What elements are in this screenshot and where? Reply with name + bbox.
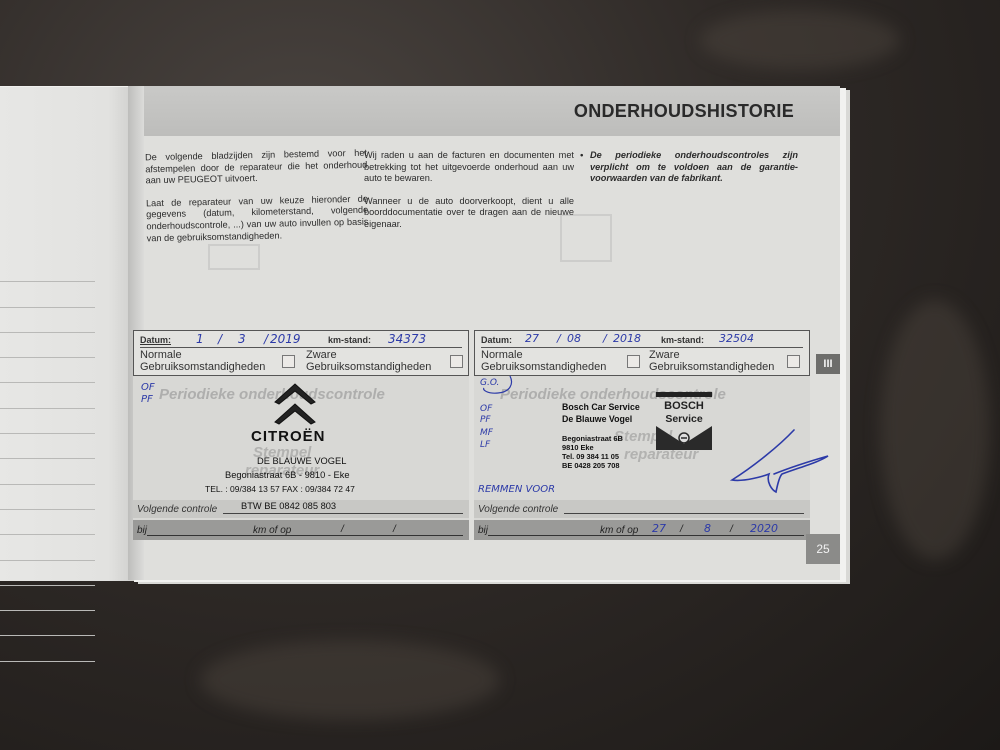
next-km-field[interactable]	[147, 535, 463, 536]
handwritten-circle-icon	[476, 374, 516, 396]
stamp-area: Periodieke onderhoudscontrole Stempel re…	[133, 376, 469, 540]
floor-texture	[200, 640, 500, 720]
next-km-row: bij km of op 27 / 8 / 2020	[474, 520, 810, 540]
bosch-service-logo: BOSCH Service	[656, 392, 712, 450]
next-date-day[interactable]: 27	[652, 522, 666, 535]
intro-paragraph: Wanneer u de auto doorverkoopt, dient u …	[364, 196, 574, 231]
at-label: bij	[137, 525, 147, 536]
next-km-field[interactable]	[488, 535, 804, 536]
next-check-row: Volgende controle BTW BE 0842 085 803	[133, 500, 469, 518]
date-label: Datum:	[481, 335, 512, 345]
stamp-vat: BE 0428 205 708	[562, 461, 620, 470]
at-label: bij	[478, 525, 488, 536]
date-separator: /	[730, 524, 733, 535]
handwritten-note: MF	[480, 428, 493, 439]
bullet-icon: •	[580, 150, 583, 162]
date-row: Datum: 27 / 08 / 2018 km-stand: 32504	[481, 333, 803, 348]
intro-column-2: Wij raden u aan de facturen en documente…	[364, 150, 574, 242]
km-label: km-stand:	[661, 335, 704, 345]
date-separator: /	[341, 524, 344, 535]
citroen-chevron-icon	[271, 380, 319, 426]
section-tab: III	[816, 354, 840, 374]
next-date-year[interactable]: 2020	[750, 522, 778, 535]
km-value[interactable]: 32504	[719, 332, 754, 345]
right-page: ONDERHOUDSHISTORIE De volgende bladzijde…	[128, 86, 840, 580]
stamp-line-1: Bosch Car Service	[562, 402, 640, 412]
km-label: km-stand:	[328, 335, 371, 345]
km-value[interactable]: 34373	[388, 332, 426, 346]
stamp-phone: TEL. : 09/384 13 57 FAX : 09/384 72 47	[205, 484, 355, 494]
date-separator: /	[264, 332, 268, 346]
header-band: ONDERHOUDSHISTORIE	[128, 86, 840, 136]
stamp-area: Periodieke onderhoudscontrole Stempel re…	[474, 376, 810, 540]
blank-note-lines	[0, 257, 95, 662]
logo-text: BOSCH	[656, 400, 712, 412]
floor-texture	[700, 10, 900, 70]
floor-texture	[880, 300, 990, 560]
page-title: ONDERHOUDSHISTORIE	[574, 101, 794, 122]
next-km-row: bij km of op / /	[133, 520, 469, 540]
next-date-month[interactable]: 8	[704, 522, 711, 535]
date-day[interactable]: 1	[196, 332, 204, 346]
intro-column-3: • De periodieke onderhoudscontroles zijn…	[590, 150, 798, 196]
stamp-address-1: Begoniastraat 6B	[562, 434, 623, 443]
normal-use-label: Normale Gebruiksomstandigheden	[140, 349, 265, 373]
next-check-row: Volgende controle	[474, 500, 810, 518]
stamp-address-2: 9810 Eke	[562, 443, 594, 452]
date-separator: /	[603, 332, 607, 345]
heavy-use-checkbox[interactable]	[450, 355, 463, 368]
date-separator: /	[557, 332, 561, 345]
date-row: Datum: 1 / 3 / 2019 km-stand: 34373	[140, 333, 462, 348]
entry-header: Datum: 27 / 08 / 2018 km-stand: 32504 No…	[474, 330, 810, 376]
next-check-field[interactable]	[223, 513, 463, 514]
stamp-line-2: De Blauwe Vogel	[562, 414, 632, 424]
left-page	[0, 86, 135, 581]
show-through-mark	[208, 244, 260, 270]
heavy-use-label: Zware Gebruiksomstandigheden	[306, 349, 431, 373]
date-year[interactable]: 2019	[270, 332, 301, 346]
handwritten-note: LF	[480, 440, 490, 451]
bosch-armature-icon	[656, 426, 712, 450]
stamp-brand: CITROËN	[251, 428, 326, 445]
next-check-label: Volgende controle	[478, 504, 558, 515]
stamp-dealer: DE BLAUWE VOGEL	[257, 456, 346, 466]
handwritten-remark: REMMEN VOOR	[478, 484, 555, 495]
service-entry-card: Datum: 1 / 3 / 2019 km-stand: 34373 Norm…	[133, 330, 469, 540]
heavy-use-label: Zware Gebruiksomstandigheden	[649, 349, 774, 373]
next-check-field[interactable]	[564, 513, 804, 514]
stamp-phone: Tel. 09 384 11 05	[562, 452, 619, 461]
dealer-stamp-citroen: CITROËN DE BLAUWE VOGEL Begoniastraat 6B…	[133, 376, 469, 500]
normal-use-label: Normale Gebruiksomstandigheden	[481, 349, 606, 373]
stamp-address: Begoniastraat 6B - 9810 - Eke	[225, 470, 350, 480]
date-day[interactable]: 27	[525, 332, 539, 345]
intro-column-1: De volgende bladzijden zijn bestemd voor…	[145, 148, 369, 256]
signature	[724, 426, 834, 496]
logo-text: Service	[656, 413, 712, 425]
stamp-vat: BTW BE 0842 085 803	[241, 501, 336, 511]
normal-use-checkbox[interactable]	[627, 355, 640, 368]
date-separator: /	[218, 332, 222, 346]
date-year[interactable]: 2018	[613, 332, 641, 345]
handwritten-note: OF	[480, 404, 492, 415]
date-label: Datum:	[140, 335, 171, 345]
normal-use-checkbox[interactable]	[282, 355, 295, 368]
show-through-mark	[560, 214, 612, 262]
warranty-note: De periodieke onderhoudscontroles zijn v…	[590, 150, 798, 185]
service-entry-card: Datum: 27 / 08 / 2018 km-stand: 32504 No…	[474, 330, 810, 540]
date-separator: /	[680, 524, 683, 535]
page-number: 25	[806, 534, 840, 564]
date-month[interactable]: 3	[238, 332, 246, 346]
next-check-label: Volgende controle	[137, 504, 217, 515]
handwritten-note: PF	[480, 415, 491, 426]
date-month[interactable]: 08	[567, 332, 581, 345]
date-separator: /	[393, 524, 396, 535]
heavy-use-checkbox[interactable]	[787, 355, 800, 368]
intro-paragraph: Laat de reparateur van uw keuze hieronde…	[146, 193, 369, 244]
intro-paragraph: De volgende bladzijden zijn bestemd voor…	[145, 148, 368, 187]
intro-paragraph: Wij raden u aan de facturen en documente…	[364, 150, 574, 185]
entry-header: Datum: 1 / 3 / 2019 km-stand: 34373 Norm…	[133, 330, 469, 376]
